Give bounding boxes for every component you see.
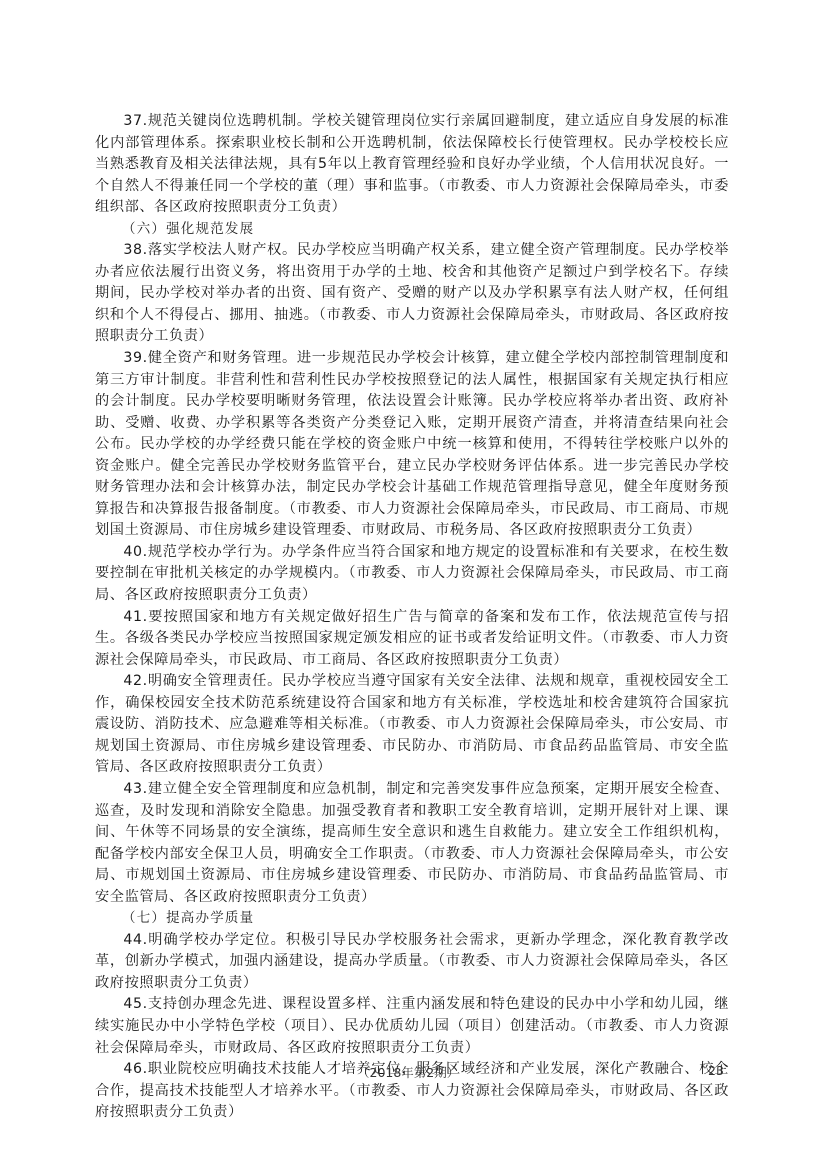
article-41: 41.要按照国家和地方有关规定做好招生广告与简章的备案和发布工作，依法规范宣传与… bbox=[95, 607, 729, 672]
article-39: 39.健全资产和财务管理。进一步规范民办学校会计核算，建立健全学校内部控制管理制… bbox=[95, 348, 729, 542]
article-44: 44.明确学校办学定位。积极引导民办学校服务社会需求，更新办学理念，深化教育教学… bbox=[95, 930, 729, 995]
article-38: 38.落实学校法人财产权。民办学校应当明确产权关系，建立健全资产管理制度。民办学… bbox=[95, 240, 729, 348]
section-heading-6: （六）强化规范发展 bbox=[95, 219, 729, 241]
page-number: 23 bbox=[708, 1063, 724, 1078]
section-heading-7: （七）提高办学质量 bbox=[95, 908, 729, 930]
issue-label: （2018年第2期） bbox=[357, 1063, 459, 1081]
article-42: 42.明确安全管理责任。民办学校应当遵守国家有关安全法律、法规和规章，重视校园安… bbox=[95, 671, 729, 779]
article-37: 37.规范关键岗位选聘机制。学校关键管理岗位实行亲属回避制度，建立适应自身发展的… bbox=[95, 111, 729, 219]
article-40: 40.规范学校办学行为。办学条件应当符合国家和地方规定的设置标准和有关要求，在校… bbox=[95, 542, 729, 607]
page-footer: （2018年第2期） 23 bbox=[0, 1063, 827, 1083]
article-43: 43.建立健全安全管理制度和应急机制，制定和完善突发事件应急预案，定期开展安全检… bbox=[95, 779, 729, 908]
article-45: 45.支持创办理念先进、课程设置多样、注重内涵发展和特色建设的民办中小学和幼儿园… bbox=[95, 994, 729, 1059]
document-body: 37.规范关键岗位选聘机制。学校关键管理岗位实行亲属回避制度，建立适应自身发展的… bbox=[95, 111, 729, 1124]
